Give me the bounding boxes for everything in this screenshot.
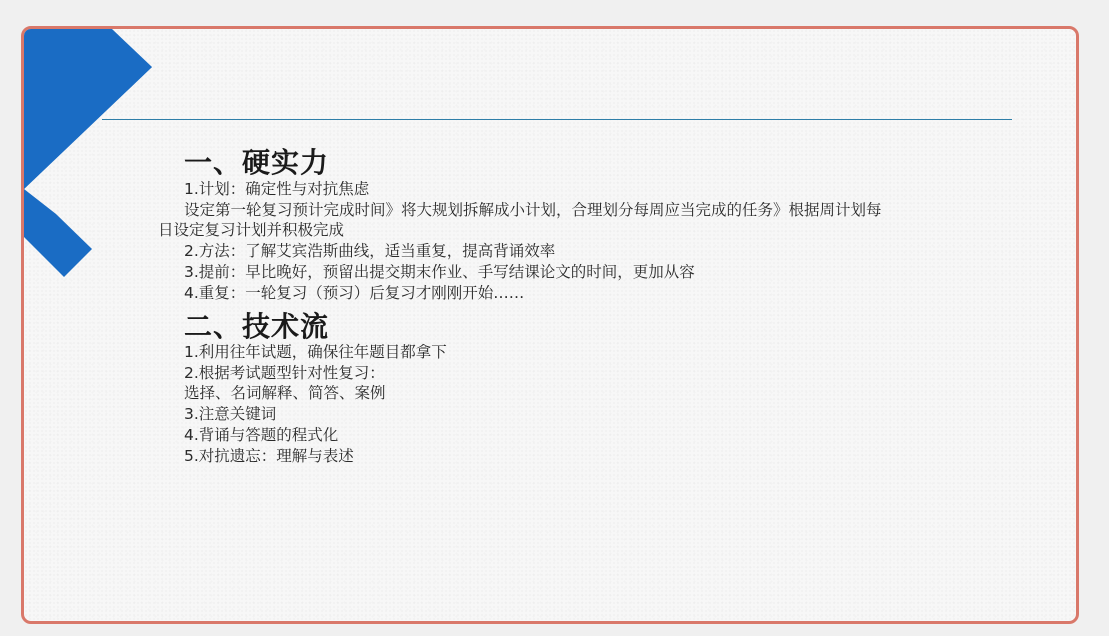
blue-chevron-decoration — [24, 29, 164, 289]
list-item: 2.方法：了解艾宾浩斯曲线，适当重复，提高背诵效率 — [184, 241, 555, 261]
list-item: 设定第一轮复习预计完成时间》将大规划拆解成小计划，合理划分每周应当完成的任务》根… — [184, 200, 882, 220]
list-item: 4.背诵与答题的程式化 — [184, 425, 338, 445]
list-item: 2.根据考试题型针对性复习： — [184, 363, 385, 383]
section-heading-techniques: 二、技术流 — [184, 305, 329, 345]
list-item: 1.计划：确定性与对抗焦虑 — [184, 179, 369, 199]
list-item: 3.提前：早比晚好，预留出提交期末作业、手写结课论文的时间，更加从容 — [184, 262, 695, 282]
section-heading-hard-skills: 一、硬实力 — [184, 141, 329, 181]
list-item: 4.重复：一轮复习（预习）后复习才刚刚开始…… — [184, 283, 524, 303]
list-item: 1.利用往年试题，确保往年题目都拿下 — [184, 342, 447, 362]
title-divider-line — [102, 119, 1012, 120]
slide: 一、硬实力 1.计划：确定性与对抗焦虑 设定第一轮复习预计完成时间》将大规划拆解… — [21, 26, 1079, 624]
list-item: 选择、名词解释、简答、案例 — [184, 383, 386, 403]
list-item: 日设定复习计划并积极完成 — [158, 220, 344, 240]
list-item: 5.对抗遗忘：理解与表述 — [184, 446, 354, 466]
list-item: 3.注意关键词 — [184, 404, 276, 424]
